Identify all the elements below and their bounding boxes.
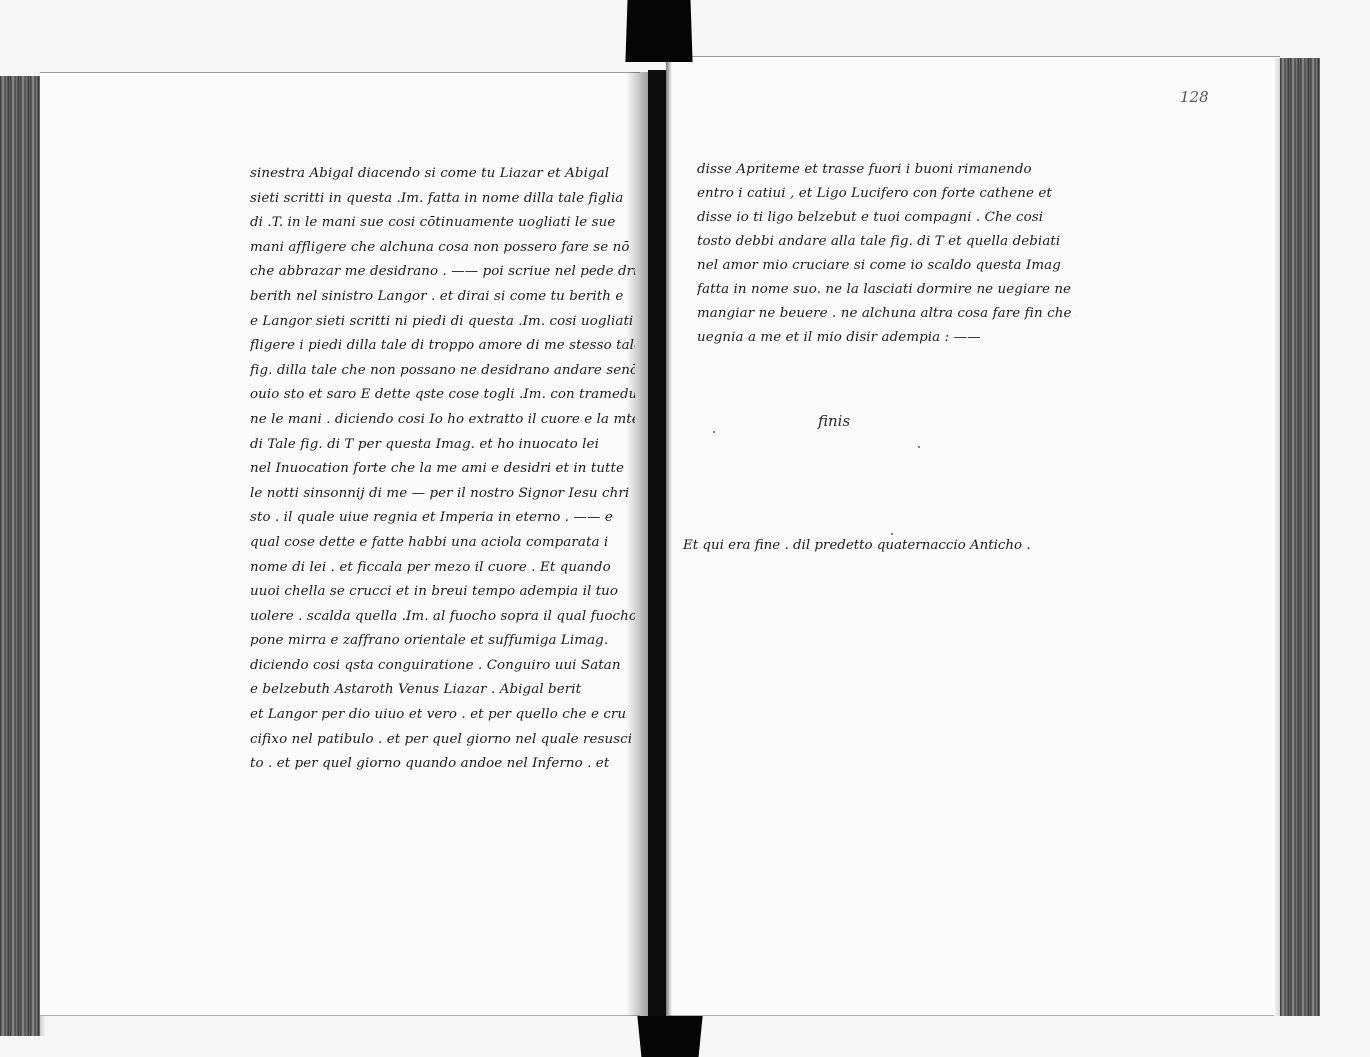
manuscript-line: nome di lei . et ficcala per mezo il cuo… [250,556,635,581]
manuscript-line: disse Apriteme et trasse fuori i buoni r… [697,158,1077,182]
left-page-text: sinestra Abigal diacendo si come tu Liaz… [250,162,635,777]
manuscript-line: e Langor sieti scritti ni piedi di quest… [250,310,635,335]
manuscript-line: tosto debbi andare alla tale fig. di T e… [697,230,1077,254]
ink-speck [918,446,920,448]
manuscript-line: diciendo cosi qsta conguiratione . Congu… [250,654,635,679]
manuscript-line: disse io ti ligo belzebut e tuoi compagn… [697,206,1077,230]
top-clamp [624,0,694,62]
book-spine-gutter [648,70,666,1018]
manuscript-line: le notti sinsonnij di me — per il nostro… [250,482,635,507]
ink-speck [891,533,893,535]
right-page-text: disse Apriteme et trasse fuori i buoni r… [697,158,1077,350]
manuscript-line: fligere i piedi dilla tale di troppo amo… [250,334,635,359]
manuscript-line: sto . il quale uiue regnia et Imperia in… [250,506,635,531]
right-fore-edge [1280,58,1320,1016]
manuscript-line: pone mirra e zaffrano orientale et suffu… [250,629,635,654]
manuscript-line: nel Inuocation forte che la me ami e des… [250,457,635,482]
manuscript-line: e belzebuth Astaroth Venus Liazar . Abig… [250,678,635,703]
folio-number: 128 [1180,88,1209,106]
manuscript-line: uegnia a me et il mio disir adempia : —— [697,326,1077,350]
manuscript-line: uolere . scalda quella .Im. al fuocho so… [250,605,635,630]
manuscript-line: di Tale fig. di T per questa Imag. et ho… [250,433,635,458]
manuscript-line: to . et per quel giorno quando andoe nel… [250,752,635,777]
manuscript-scan: sinestra Abigal diacendo si come tu Liaz… [0,0,1370,1057]
manuscript-line: che abbrazar me desidrano . —— poi scriu… [250,260,635,285]
manuscript-line: ne le mani . diciendo cosi Io ho extratt… [250,408,635,433]
manuscript-line: cifixo nel patibulo . et per quel giorno… [250,728,635,753]
manuscript-line: nel amor mio cruciare si come io scaldo … [697,254,1077,278]
manuscript-line: fatta in nome suo. ne la lasciati dormir… [697,278,1077,302]
closing-line: Et qui era fine . dil predetto quaternac… [683,538,1031,553]
manuscript-line: qual cose dette e fatte habbi una aciola… [250,531,635,556]
manuscript-line: et Langor per dio uiuo et vero . et per … [250,703,635,728]
finis-mark: finis [818,412,850,430]
gutter-shadow [666,56,672,1016]
ink-speck [713,431,715,433]
manuscript-line: sinestra Abigal diacendo si come tu Liaz… [250,162,635,187]
manuscript-line: fig. dilla tale che non possano ne desid… [250,359,635,384]
manuscript-line: ouio sto et saro E dette qste cose togli… [250,383,635,408]
manuscript-line: entro i catiui , et Ligo Lucifero con fo… [697,182,1077,206]
manuscript-line: di .T. in le mani sue cosi cōtinuamente … [250,211,635,236]
manuscript-line: berith nel sinistro Langor . et dirai si… [250,285,635,310]
manuscript-line: mangiar ne beuere . ne alchuna altra cos… [697,302,1077,326]
manuscript-line: uuoi chella se crucci et in breui tempo … [250,580,635,605]
bottom-clamp [636,1016,704,1057]
manuscript-line: mani affligere che alchuna cosa non poss… [250,236,635,261]
manuscript-line: sieti scritti in questa .Im. fatta in no… [250,187,635,212]
left-fore-edge [0,76,40,1036]
